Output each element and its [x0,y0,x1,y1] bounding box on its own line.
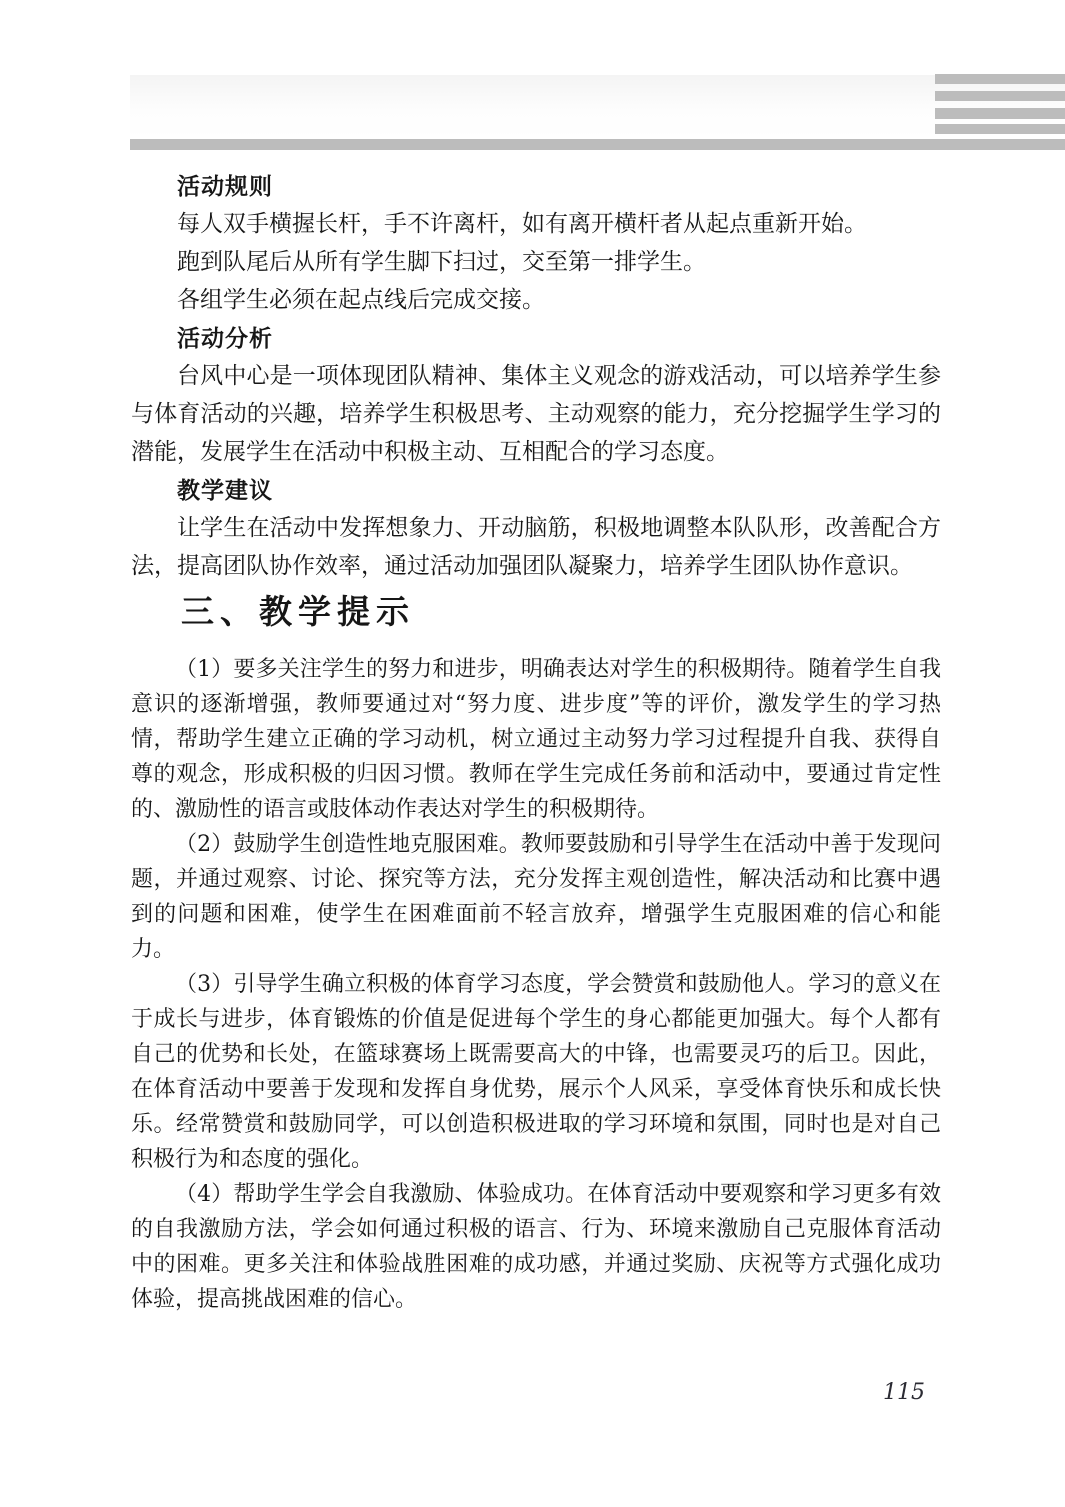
suggestions-paragraph: 让学生在活动中发挥想象力、开动脑筋，积极地调整本队队形，改善配合方法，提高团队协… [131,509,941,585]
tip-paragraph-3: （3）引导学生确立积极的体育学习态度，学会赞赏和鼓励他人。学习的意义在于成长与进… [131,967,941,1177]
page-number: 115 [883,1380,925,1405]
rule-line: 各组学生必须在起点线后完成交接。 [131,281,941,319]
header-rule-bar [130,139,1065,150]
section-heading-analysis: 活动分析 [131,319,941,357]
document-page: 活动规则 每人双手横握长杆，手不许离杆，如有离开横杆者从起点重新开始。 跑到队尾… [0,0,1065,1507]
section-heading-suggestions: 教学建议 [131,471,941,509]
header-stripe [935,91,1065,101]
page-content: 活动规则 每人双手横握长杆，手不许离杆，如有离开横杆者从起点重新开始。 跑到队尾… [131,167,941,1317]
tip-paragraph-1: （1）要多关注学生的努力和进步，明确表达对学生的积极期待。随着学生自我意识的逐渐… [131,652,941,827]
rule-line: 跑到队尾后从所有学生脚下扫过，交至第一排学生。 [131,243,941,281]
section-heading-rules: 活动规则 [131,167,941,205]
header-stripe [935,108,1065,119]
tip-paragraph-4: （4）帮助学生学会自我激励、体验成功。在体育活动中要观察和学习更多有效的自我激励… [131,1177,941,1317]
header-stripe [935,124,1065,134]
tip-paragraph-2: （2）鼓励学生创造性地克服困难。教师要鼓励和引导学生在活动中善于发现问题，并通过… [131,827,941,967]
header-gradient-box [130,75,1065,139]
rule-line: 每人双手横握长杆，手不许离杆，如有离开横杆者从起点重新开始。 [131,205,941,243]
main-title: 三、教学提示 [131,590,941,634]
analysis-paragraph: 台风中心是一项体现团队精神、集体主义观念的游戏活动，可以培养学生参与体育活动的兴… [131,357,941,471]
header-stripe [935,74,1065,84]
